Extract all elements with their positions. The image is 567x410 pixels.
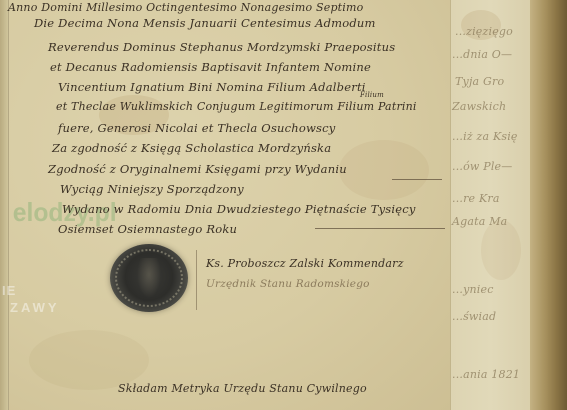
margin-line-9: ...yniec <box>452 283 494 296</box>
text-line-2: Die Decima Nona Mensis Januarii Centesim… <box>34 16 376 30</box>
text-line-1: Anno Domini Millesimo Octingentesimo Non… <box>8 1 363 14</box>
text-line-5: Vincentium Ignatium Bini Nomina Filium A… <box>58 80 366 94</box>
left-page-edge <box>0 0 8 410</box>
signature-line-1: Ks. Proboszcz Zalski Kommendarz <box>206 257 404 270</box>
right-page-strip <box>450 0 531 410</box>
text-line-11: Wydano w Radomiu Dnia Dwudziestego Piętn… <box>62 202 416 216</box>
document-scan: elodzy.pl IE ZAWY Anno Domini Millesimo … <box>0 0 567 410</box>
signature-bracket <box>196 250 197 310</box>
margin-line-3: Tyja Gro <box>455 75 504 88</box>
watermark-line-1: IE <box>2 283 16 298</box>
seal-emblem <box>137 258 161 298</box>
signature-line-2: Urzędnik Stanu Radomskiego <box>206 278 370 290</box>
margin-line-10: ...świad <box>452 310 496 323</box>
line-end-rule <box>392 179 442 180</box>
text-line-9: Zgodność z Oryginalnemi Księgami przy Wy… <box>48 162 347 176</box>
book-binding <box>530 0 567 410</box>
text-line-7: fuere, Generosi Nicolai et Thecla Osucho… <box>58 121 336 135</box>
margin-line-5: ...iż za Księ <box>452 130 518 143</box>
text-line-3: Reverendus Dominus Stephanus Mordzymski … <box>48 40 395 54</box>
watermark-line-2: ZAWY <box>10 300 60 315</box>
text-line-10: Wyciąg Niniejszy Sporządzony <box>60 182 244 196</box>
margin-line-7: ...re Kra <box>452 192 500 205</box>
margin-line-11: ...ania 1821 <box>452 368 520 381</box>
margin-line-1: ...zięzięgo <box>455 25 513 38</box>
margin-line-2: ...dnia O— <box>452 48 512 61</box>
text-line-4: et Decanus Radomiensis Baptisavit Infant… <box>50 60 371 74</box>
interlinear-note: Filium <box>360 91 384 99</box>
closing-rule <box>315 228 445 229</box>
text-line-12: Osiemset Osiemnastego Roku <box>58 222 237 236</box>
ink-seal <box>110 244 188 312</box>
margin-line-6: ...ów Ple— <box>452 160 512 173</box>
margin-line-4: Zawskich <box>452 100 506 113</box>
text-line-6: et Theclae Wuklimskich Conjugum Legitimo… <box>56 100 417 113</box>
bottom-text-line: Składam Metryka Urzędu Stanu Cywilnego <box>118 382 367 395</box>
margin-line-8: Agata Ma <box>452 215 507 228</box>
text-line-8: Za zgodność z Księgą Scholastica Mordzyń… <box>52 141 331 155</box>
